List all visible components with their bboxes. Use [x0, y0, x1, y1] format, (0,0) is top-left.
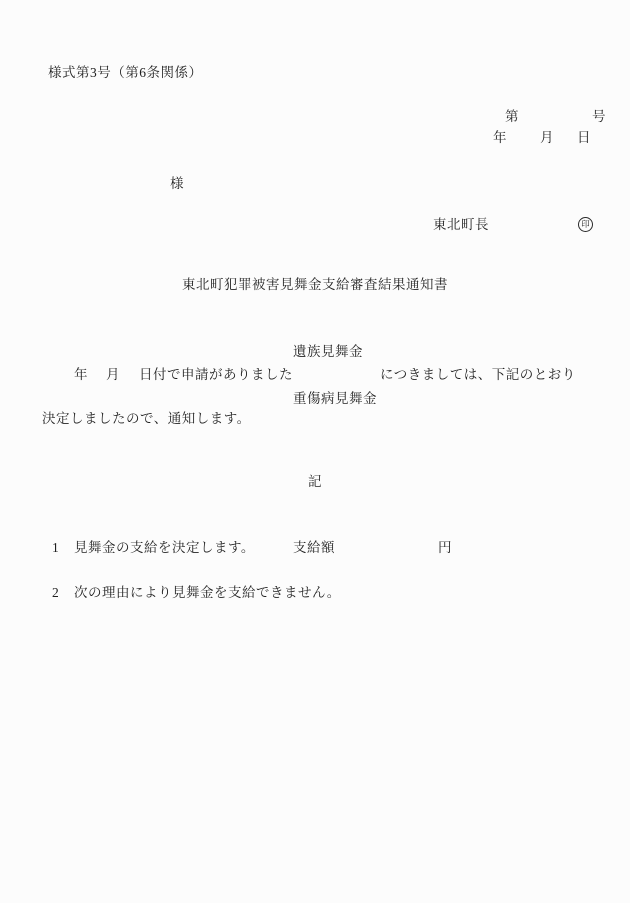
form-number: 様式第3号（第6条関係）: [48, 65, 203, 82]
seal-char: 印: [581, 219, 590, 230]
item-2-number: 2: [52, 585, 59, 602]
application-text-after-date: 日付で申請がありました: [139, 367, 293, 384]
item-2-text: 次の理由により見舞金を支給できません。: [74, 585, 341, 602]
doc-number-prefix: 第: [505, 109, 519, 126]
date-day-label: 日: [577, 130, 591, 147]
item-1-number: 1: [52, 540, 59, 557]
decision-line: 決定しましたので、通知します。: [42, 411, 251, 428]
item-1-currency-label: 円: [438, 540, 452, 557]
application-text-after-blank: につきましては、下記のとおり: [380, 367, 576, 384]
sender-name: 東北町長: [433, 217, 489, 234]
document-title: 東北町犯罪被害見舞金支給審査結果通知書: [0, 277, 630, 294]
benefit-option-survivor: 遺族見舞金: [293, 344, 363, 361]
doc-number-suffix: 号: [592, 109, 606, 126]
addressee-honorific: 様: [170, 176, 184, 193]
item-1-amount-label: 支給額: [293, 540, 335, 557]
application-year-label: 年: [74, 367, 88, 384]
application-month-label: 月: [106, 367, 120, 384]
item-1-text: 見舞金の支給を決定します。: [74, 540, 255, 557]
date-month-label: 月: [540, 130, 554, 147]
date-year-label: 年: [493, 130, 507, 147]
document-page: 様式第3号（第6条関係） 第 号 年 月 日 様 東北町長 印 東北町犯罪被害見…: [0, 0, 630, 903]
record-heading: 記: [0, 474, 630, 491]
benefit-option-serious-injury: 重傷病見舞金: [293, 391, 377, 408]
seal-icon: 印: [578, 217, 593, 232]
